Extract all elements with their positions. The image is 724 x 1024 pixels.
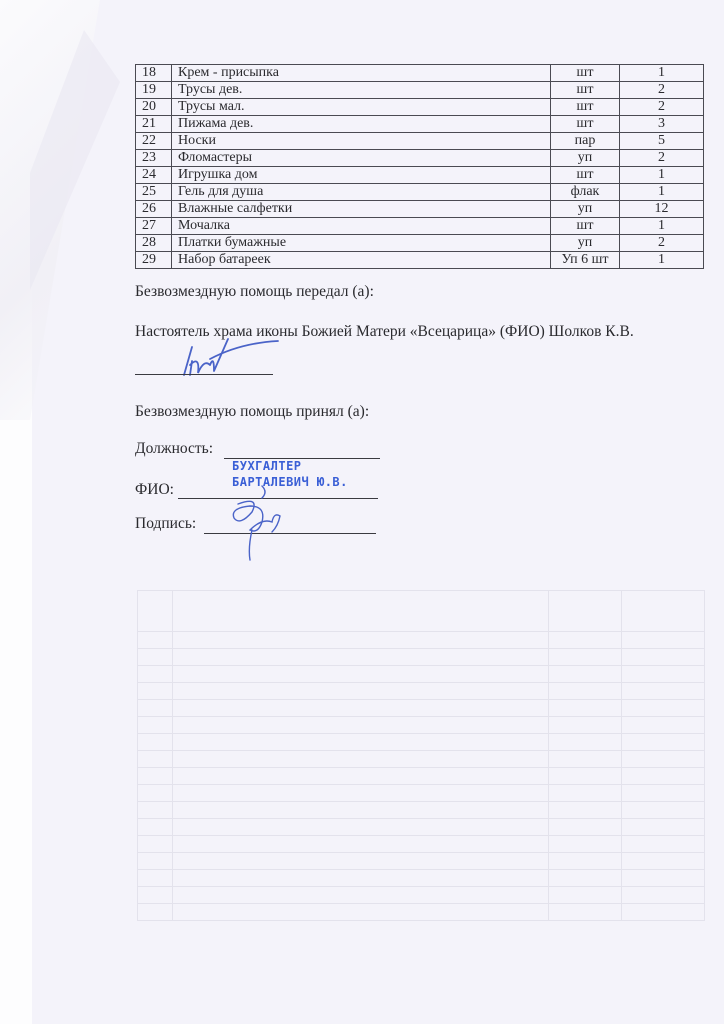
fio-label: ФИО: [135, 481, 174, 499]
table-row: 29Набор батареекУп 6 шт1 [136, 252, 704, 269]
item-name: Мочалка [172, 218, 551, 235]
table-row: 20Трусы мал.шт2 [136, 99, 704, 116]
item-quantity: 12 [620, 201, 704, 218]
table-row: 28Платки бумажныеуп2 [136, 235, 704, 252]
items-table: 18Крем - присыпкашт119Трусы дев.шт220Тру… [135, 64, 704, 269]
row-number: 22 [136, 133, 172, 150]
table-row: 27Мочалкашт1 [136, 218, 704, 235]
table-row: 19Трусы дев.шт2 [136, 82, 704, 99]
item-unit: шт [551, 218, 620, 235]
item-name: Носки [172, 133, 551, 150]
given-label: Безвозмездную помощь передал (а): [135, 283, 374, 301]
item-quantity: 1 [620, 65, 704, 82]
giver-signature-line [135, 374, 273, 375]
row-number: 26 [136, 201, 172, 218]
stamp-line-1: БУХГАЛТЕР [232, 458, 348, 474]
item-quantity: 2 [620, 235, 704, 252]
item-quantity: 1 [620, 167, 704, 184]
item-name: Игрушка дом [172, 167, 551, 184]
item-quantity: 2 [620, 150, 704, 167]
table-row: 18Крем - присыпкашт1 [136, 65, 704, 82]
row-number: 25 [136, 184, 172, 201]
item-quantity: 2 [620, 82, 704, 99]
table-row: 22Носкипар5 [136, 133, 704, 150]
item-name: Трусы дев. [172, 82, 551, 99]
item-unit: уп [551, 235, 620, 252]
item-name: Платки бумажные [172, 235, 551, 252]
item-name: Фломастеры [172, 150, 551, 167]
item-name: Трусы мал. [172, 99, 551, 116]
row-number: 18 [136, 65, 172, 82]
position-label: Должность: [135, 440, 213, 458]
item-unit: шт [551, 167, 620, 184]
item-name: Влажные салфетки [172, 201, 551, 218]
item-unit: пар [551, 133, 620, 150]
item-unit: Уп 6 шт [551, 252, 620, 269]
row-number: 23 [136, 150, 172, 167]
item-name: Пижама дев. [172, 116, 551, 133]
item-name: Гель для душа [172, 184, 551, 201]
row-number: 27 [136, 218, 172, 235]
item-unit: шт [551, 65, 620, 82]
table-row: 23Фломастерыуп2 [136, 150, 704, 167]
row-number: 20 [136, 99, 172, 116]
item-unit: флак [551, 184, 620, 201]
receiver-signature [222, 482, 292, 562]
table-row: 26Влажные салфеткиуп12 [136, 201, 704, 218]
item-quantity: 1 [620, 218, 704, 235]
item-quantity: 2 [620, 99, 704, 116]
row-number: 28 [136, 235, 172, 252]
row-number: 19 [136, 82, 172, 99]
item-unit: шт [551, 116, 620, 133]
item-quantity: 1 [620, 184, 704, 201]
item-quantity: 3 [620, 116, 704, 133]
item-unit: шт [551, 99, 620, 116]
item-unit: уп [551, 201, 620, 218]
item-unit: уп [551, 150, 620, 167]
item-quantity: 1 [620, 252, 704, 269]
received-label: Безвозмездную помощь принял (а): [135, 403, 369, 421]
giver-signature [170, 335, 290, 385]
table-row: 25Гель для душафлак1 [136, 184, 704, 201]
item-quantity: 5 [620, 133, 704, 150]
row-number: 21 [136, 116, 172, 133]
item-name: Набор батареек [172, 252, 551, 269]
table-row: 21Пижама дев.шт3 [136, 116, 704, 133]
signature-label: Подпись: [135, 515, 196, 533]
table-row: 24Игрушка домшт1 [136, 167, 704, 184]
row-number: 29 [136, 252, 172, 269]
item-name: Крем - присыпка [172, 65, 551, 82]
row-number: 24 [136, 167, 172, 184]
reverse-side-bleed-table [137, 590, 705, 921]
item-unit: шт [551, 82, 620, 99]
